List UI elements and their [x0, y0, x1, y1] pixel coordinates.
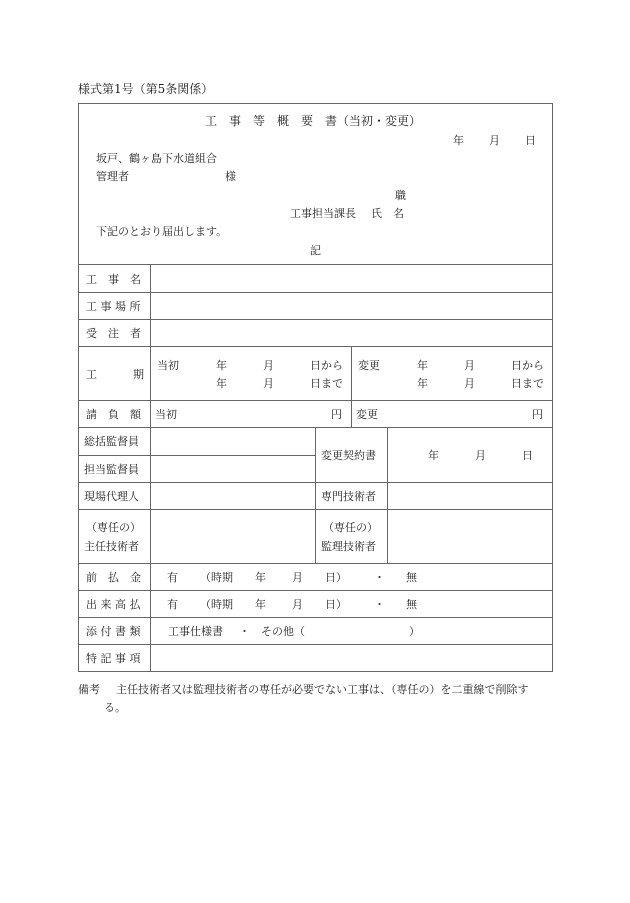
divider [315, 427, 316, 563]
date-month: 月 [489, 132, 500, 148]
koji-basho-field[interactable] [151, 293, 551, 318]
koki-initial-from-year: 年 [216, 357, 227, 373]
maebaraikin-day: 日） [325, 569, 347, 585]
koki-change-from-month: 月 [464, 357, 475, 373]
tenpu-separator: ・ [239, 623, 250, 639]
statement: 下記のとおり届出します。 [96, 223, 227, 239]
note-label: 備考 [78, 681, 100, 697]
koki-change-from-year: 年 [417, 357, 428, 373]
name-label: 氏 名 [371, 205, 404, 221]
maebaraikin-yes[interactable]: 有 [167, 569, 178, 585]
ukeoigaku-initial-yen: 円 [331, 406, 342, 422]
koki-change-to-month: 月 [464, 375, 475, 391]
keiyaku-year: 年 [428, 447, 439, 463]
addressee-role: 管理者 [96, 168, 129, 184]
note-text-continued: る。 [104, 699, 126, 715]
label-koki-right: 期 [133, 366, 144, 382]
dekidaka-no[interactable]: 無 [406, 596, 417, 612]
label-tokki: 特 記 事 項 [86, 650, 141, 666]
dekidaka-year: 年 [255, 596, 266, 612]
maebaraikin-year: 年 [255, 569, 266, 585]
form-title: 工 事 等 概 要 書（当初・変更） [205, 112, 421, 129]
date-day: 日 [525, 132, 536, 148]
koki-change-to-year: 年 [417, 375, 428, 391]
submitter-title: 工事担当課長 [290, 205, 356, 221]
label-genba-dairinin: 現場代理人 [84, 488, 139, 504]
ukeoigaku-change-yen: 円 [532, 406, 543, 422]
koki-change-to-day: 日まで [511, 375, 544, 391]
keiyaku-day: 日 [522, 447, 533, 463]
dekidaka-day: 日） [325, 596, 347, 612]
label-senmon-gijutsusha: 専門技術者 [321, 488, 376, 504]
note-text: 主任技術者又は監理技術者の専任が必要でない工事は、（専任の）を二重線で削除す [116, 681, 529, 697]
label-koji-basho: 工 事 場 所 [86, 298, 141, 314]
koki-change-from-day: 日から [511, 357, 544, 373]
ukeoigaku-change-label: 変更 [356, 406, 378, 422]
ki-label: 記 [310, 242, 321, 258]
koki-initial-to-year: 年 [216, 375, 227, 391]
tenpu-other[interactable]: その他（ [261, 623, 305, 639]
tenpu-close: ） [409, 623, 420, 639]
label-maebaraikin: 前 払 金 [86, 569, 141, 585]
label-kanri-gijutsusha: 監理技術者 [321, 538, 376, 554]
position-label: 職 [395, 187, 406, 203]
dekidaka-month: 月 [292, 596, 303, 612]
tenpu-spec[interactable]: 工事仕様書 [168, 623, 223, 639]
divider [387, 427, 388, 563]
date-year: 年 [453, 132, 464, 148]
label-sokatsu: 総括監督員 [84, 433, 139, 449]
juchusha-field[interactable] [151, 320, 551, 345]
koji-mei-field[interactable] [151, 265, 551, 291]
maebaraikin-no[interactable]: 無 [406, 569, 417, 585]
divider [78, 455, 315, 456]
koki-change-label: 変更 [358, 357, 380, 373]
koki-initial-to-month: 月 [263, 375, 274, 391]
label-tanto: 担当監督員 [84, 461, 139, 477]
label-shunin-senin: （専任の） [86, 519, 141, 535]
label-henko-keiyakusho: 変更契約書 [321, 447, 376, 463]
tokki-field[interactable] [151, 645, 551, 670]
label-tenpu: 添 付 書 類 [86, 623, 141, 639]
dekidaka-yes[interactable]: 有 [167, 596, 178, 612]
ukeoigaku-initial-label: 当初 [155, 406, 177, 422]
label-ukeoigaku: 請 負 額 [86, 406, 141, 422]
label-dekidaka: 出 来 高 払 [86, 596, 141, 612]
divider [351, 346, 352, 427]
honorific: 様 [225, 168, 236, 184]
label-shunin-gijutsusha: 主任技術者 [84, 538, 139, 554]
label-koji-mei: 工 事 名 [86, 271, 141, 287]
form-number: 様式第1号（第5条関係） [78, 80, 213, 97]
maebaraikin-separator: ・ [374, 569, 385, 585]
keiyaku-month: 月 [475, 447, 486, 463]
dekidaka-separator: ・ [374, 596, 385, 612]
maebaraikin-month: 月 [292, 569, 303, 585]
label-juchusha: 受 注 者 [86, 325, 141, 341]
label-kanri-senin: （専任の） [323, 519, 378, 535]
koki-initial-to-day: 日まで [310, 375, 343, 391]
dekidaka-period: （時期 [200, 596, 233, 612]
koki-initial-from-month: 月 [263, 357, 274, 373]
koki-initial-from-day: 日から [310, 357, 343, 373]
maebaraikin-period: （時期 [200, 569, 233, 585]
addressee-org: 坂戸、鶴ヶ島下水道組合 [96, 150, 217, 166]
label-koki-left: 工 [86, 366, 97, 382]
koki-initial-label: 当初 [157, 357, 179, 373]
